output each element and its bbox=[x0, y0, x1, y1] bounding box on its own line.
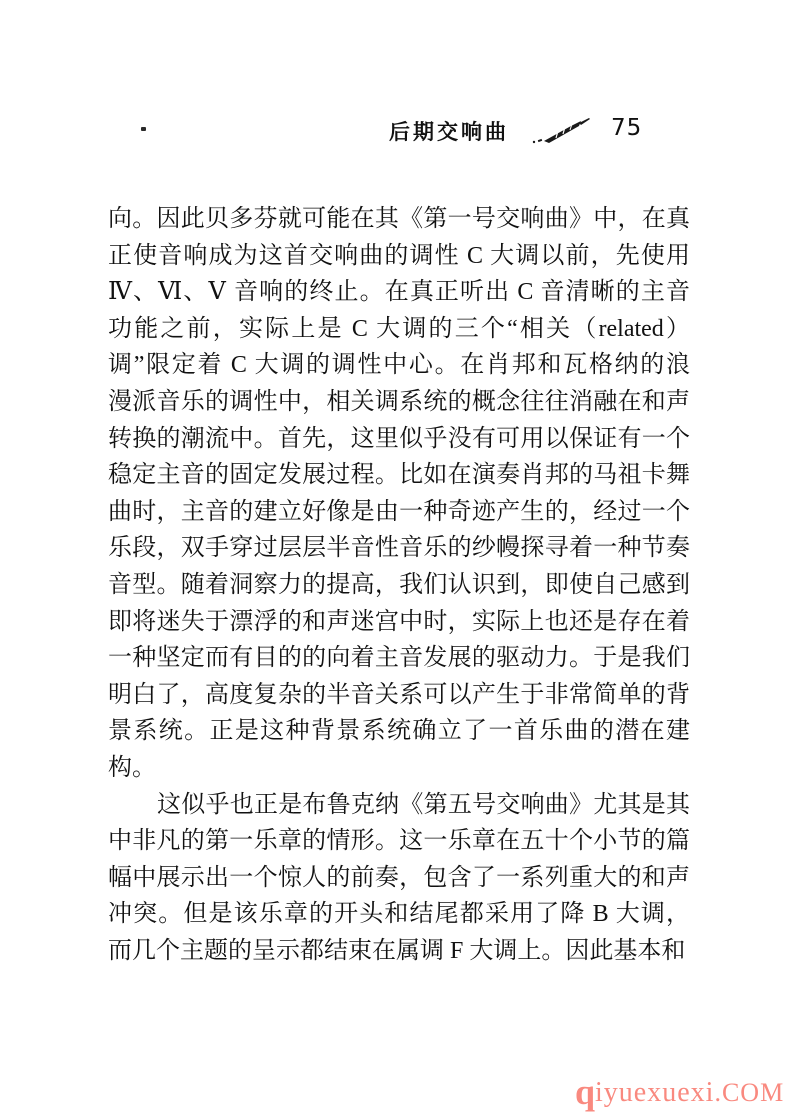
pen-flourish-icon bbox=[531, 117, 593, 145]
watermark-domain: .COM bbox=[714, 1078, 784, 1107]
text-line: 转换的潮流中。首先，这里似乎没有可用以保证有一个 bbox=[108, 421, 690, 458]
text-line-paragraph-end: 构。 bbox=[108, 750, 690, 787]
text-line: 冲突。但是该乐章的开头和结尾都采用了降 B 大调， bbox=[108, 896, 690, 933]
body-text: 向。因此贝多芬就可能在其《第一号交响曲》中，在真 正使音响成为这首交响曲的调性 … bbox=[108, 201, 690, 969]
text-line: 幅中展示出一个惊人的前奏，包含了一系列重大的和声 bbox=[108, 860, 690, 897]
running-head: 后期交响曲 75 bbox=[0, 114, 794, 146]
text-line-paragraph-start: 这似乎也正是布鲁克纳《第五号交响曲》尤其是其 bbox=[108, 787, 690, 824]
text-line: 音型。随着洞察力的提高，我们认识到，即使自己感到 bbox=[108, 567, 690, 604]
text-line: 功能之前，实际上是 C 大调的三个“相关（related） bbox=[108, 311, 690, 348]
scanned-book-page: 后期交响曲 75 向。因此贝多芬就可能在其《第一号交响曲》中，在真 正使音响成为… bbox=[0, 0, 794, 1120]
text-line: 正使音响成为这首交响曲的调性 C 大调以前，先使用 bbox=[108, 238, 690, 275]
running-head-title: 后期交响曲 bbox=[389, 116, 509, 146]
text-line: 中非凡的第一乐章的情形。这一乐章在五十个小节的篇 bbox=[108, 823, 690, 860]
text-line: 即将迷失于漂浮的和声迷宫中时，实际上也还是存在着 bbox=[108, 604, 690, 641]
text-line: 明白了，高度复杂的半音关系可以产生于非常简单的背 bbox=[108, 677, 690, 714]
page-number: 75 bbox=[611, 115, 642, 141]
text-line: 而几个主题的呈示都结束在属调 F 大调上。因此基本和 bbox=[108, 933, 690, 970]
text-line: 乐段，双手穿过层层半音性音乐的纱幔探寻着一种节奏 bbox=[108, 530, 690, 567]
site-watermark: qiyuexuexi.COM bbox=[575, 1071, 784, 1113]
watermark-name: iyuexuexi bbox=[595, 1077, 714, 1108]
text-line: 曲时，主音的建立好像是由一种奇迹产生的，经过一个 bbox=[108, 494, 690, 531]
text-line: 一种坚定而有目的的向着主音发展的驱动力。于是我们 bbox=[108, 640, 690, 677]
text-line: 漫派音乐的调性中，相关调系统的概念往往消融在和声 bbox=[108, 384, 690, 421]
text-line: Ⅳ、Ⅵ、Ⅴ 音响的终止。在真正听出 C 音清晰的主音 bbox=[108, 274, 690, 311]
text-line: 景系统。正是这种背景系统确立了一首乐曲的潜在建 bbox=[108, 713, 690, 750]
text-line: 调”限定着 C 大调的调性中心。在肖邦和瓦格纳的浪 bbox=[108, 347, 690, 384]
text-line: 向。因此贝多芬就可能在其《第一号交响曲》中，在真 bbox=[108, 201, 690, 238]
watermark-q: q bbox=[575, 1072, 595, 1112]
text-line: 稳定主音的固定发展过程。比如在演奏肖邦的马祖卡舞 bbox=[108, 457, 690, 494]
